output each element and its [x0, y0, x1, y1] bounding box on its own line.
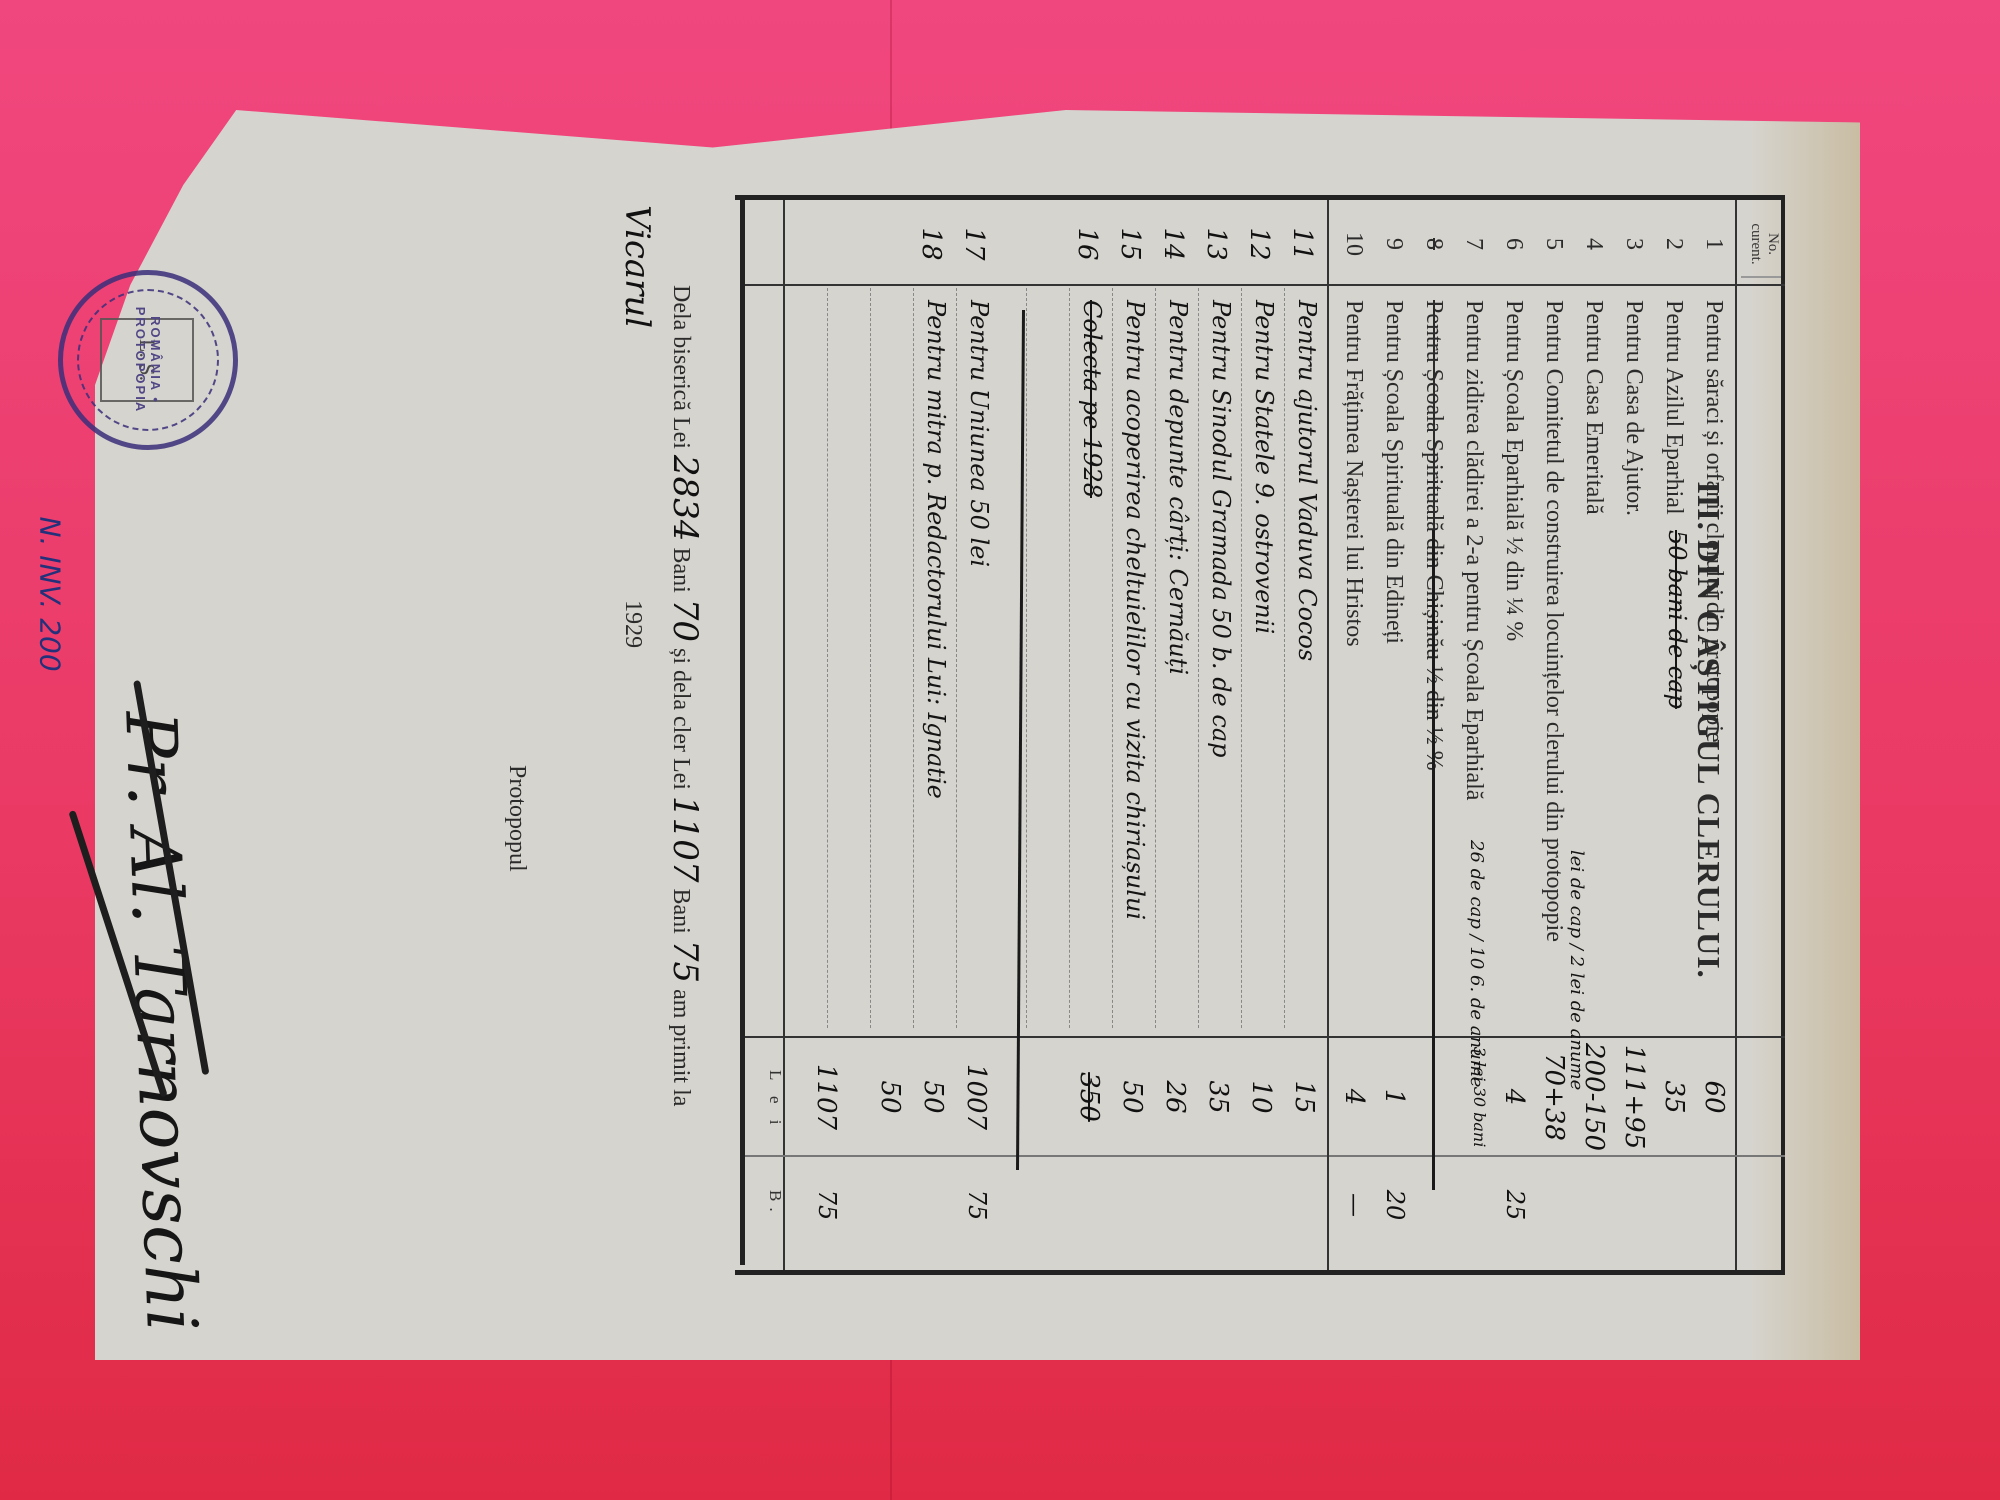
table-row: 11 Pentru ajutorul Vaduva Cocos 15	[1283, 200, 1323, 1270]
column-header-no: No. curent.	[1741, 212, 1781, 278]
stamp-area: L. S. ROMÂNIA • PROTOPOPIA	[40, 250, 240, 500]
table-row: 18 Pentru mitra p. Redactorului Lui: Ign…	[912, 200, 952, 1270]
table-row: 17 Pentru Uniunea 50 lei 1007 75	[955, 200, 995, 1270]
stamp-outer-text: ROMÂNIA • PROTOPOPIA	[133, 265, 163, 455]
table-row-struck	[1025, 200, 1065, 1270]
table-row: 1 Pentru săraci și orfanii clerului din …	[1693, 200, 1733, 1270]
clergy-bani-amount: 75	[665, 940, 705, 983]
guide-line	[1112, 288, 1113, 1028]
table-row: 3 Pentru Casa de Ajutor. 111+95	[1613, 200, 1653, 1270]
ink-strike-rows-16	[1016, 310, 1025, 1170]
place-name: Vicarul	[617, 205, 657, 328]
table-row: 14 Pentru depunte cârți: Cernăuți 26	[1154, 200, 1194, 1270]
table-row: 13 Pentru Sinodul Gramada 50 b. de cap 3…	[1197, 200, 1237, 1270]
column-header-bani: B.	[765, 1190, 785, 1218]
signature-label: Protopopul	[503, 765, 530, 872]
table-top-rule	[1781, 200, 1785, 1270]
table-row: 50	[869, 200, 909, 1270]
clergy-lei-amount: 1107	[665, 796, 705, 883]
church-lei-amount: 2834	[665, 455, 705, 542]
table-row: 7 Pentru zidirea clădirei a 2-a pentru Ș…	[1453, 200, 1493, 1270]
table-total-row: 1107 75	[805, 200, 845, 1270]
table-row: 12 Pentru Statele 9. ostrovenii 10	[1240, 200, 1280, 1270]
ink-strike-row-8	[1432, 530, 1435, 1190]
guide-line	[1069, 288, 1070, 1028]
table-row: 5 Pentru Comitetul de construirea locuin…	[1533, 200, 1573, 1270]
round-stamp: L. S. ROMÂNIA • PROTOPOPIA	[58, 270, 238, 450]
guide-line	[1026, 288, 1027, 1028]
table-row: 4 Pentru Casa Emeritală 200-150	[1573, 200, 1613, 1270]
guide-line	[1198, 288, 1199, 1028]
guide-line	[913, 288, 914, 1028]
total-rule	[783, 200, 785, 1270]
table-row: 2 Pentru Azilul Eparhial 50 bani de cap …	[1653, 200, 1693, 1270]
printed-rows-end-rule	[1327, 200, 1329, 1270]
ledger-table: No. curent. L e i B. 1 Pentru săraci și …	[735, 195, 1785, 1275]
table-row: 15 Pentru acoperirea cheltuielilor cu vi…	[1111, 200, 1151, 1270]
guide-line	[1241, 288, 1242, 1028]
table-row: 9 Pentru Școala Spirituală din Edineți 1…	[1373, 200, 1413, 1270]
church-bani-amount: 70	[665, 599, 705, 642]
guide-line	[827, 288, 828, 1028]
column-header-lei: L e i	[765, 1070, 785, 1131]
table-row: 6 Pentru Școala Eparhială ½ din ¼ % 4 25	[1493, 200, 1533, 1270]
header-rule	[1735, 200, 1737, 1270]
footer-rule	[740, 195, 745, 1265]
guide-line	[1155, 288, 1156, 1028]
table-row: 16 Colecta pe 1928 350	[1068, 200, 1108, 1270]
table-row: 10 Pentru Frățimea Nașterei lui Hristos …	[1333, 200, 1373, 1270]
signature-area: Pr. Al. Tarnovschi	[60, 650, 260, 1300]
receipt-line: Dela biserică Lei 2834 Bani 70 și dela c…	[665, 285, 705, 1106]
receipt-place-date: Vicarul 1929	[617, 205, 657, 648]
guide-line	[956, 288, 957, 1028]
document-form: III. DIN CÂȘTIGUL CLERULUI. No. curent. …	[155, 195, 1785, 1265]
guide-line	[870, 288, 871, 1028]
guide-line	[1284, 288, 1285, 1028]
receipt-year: 1929	[620, 600, 646, 648]
